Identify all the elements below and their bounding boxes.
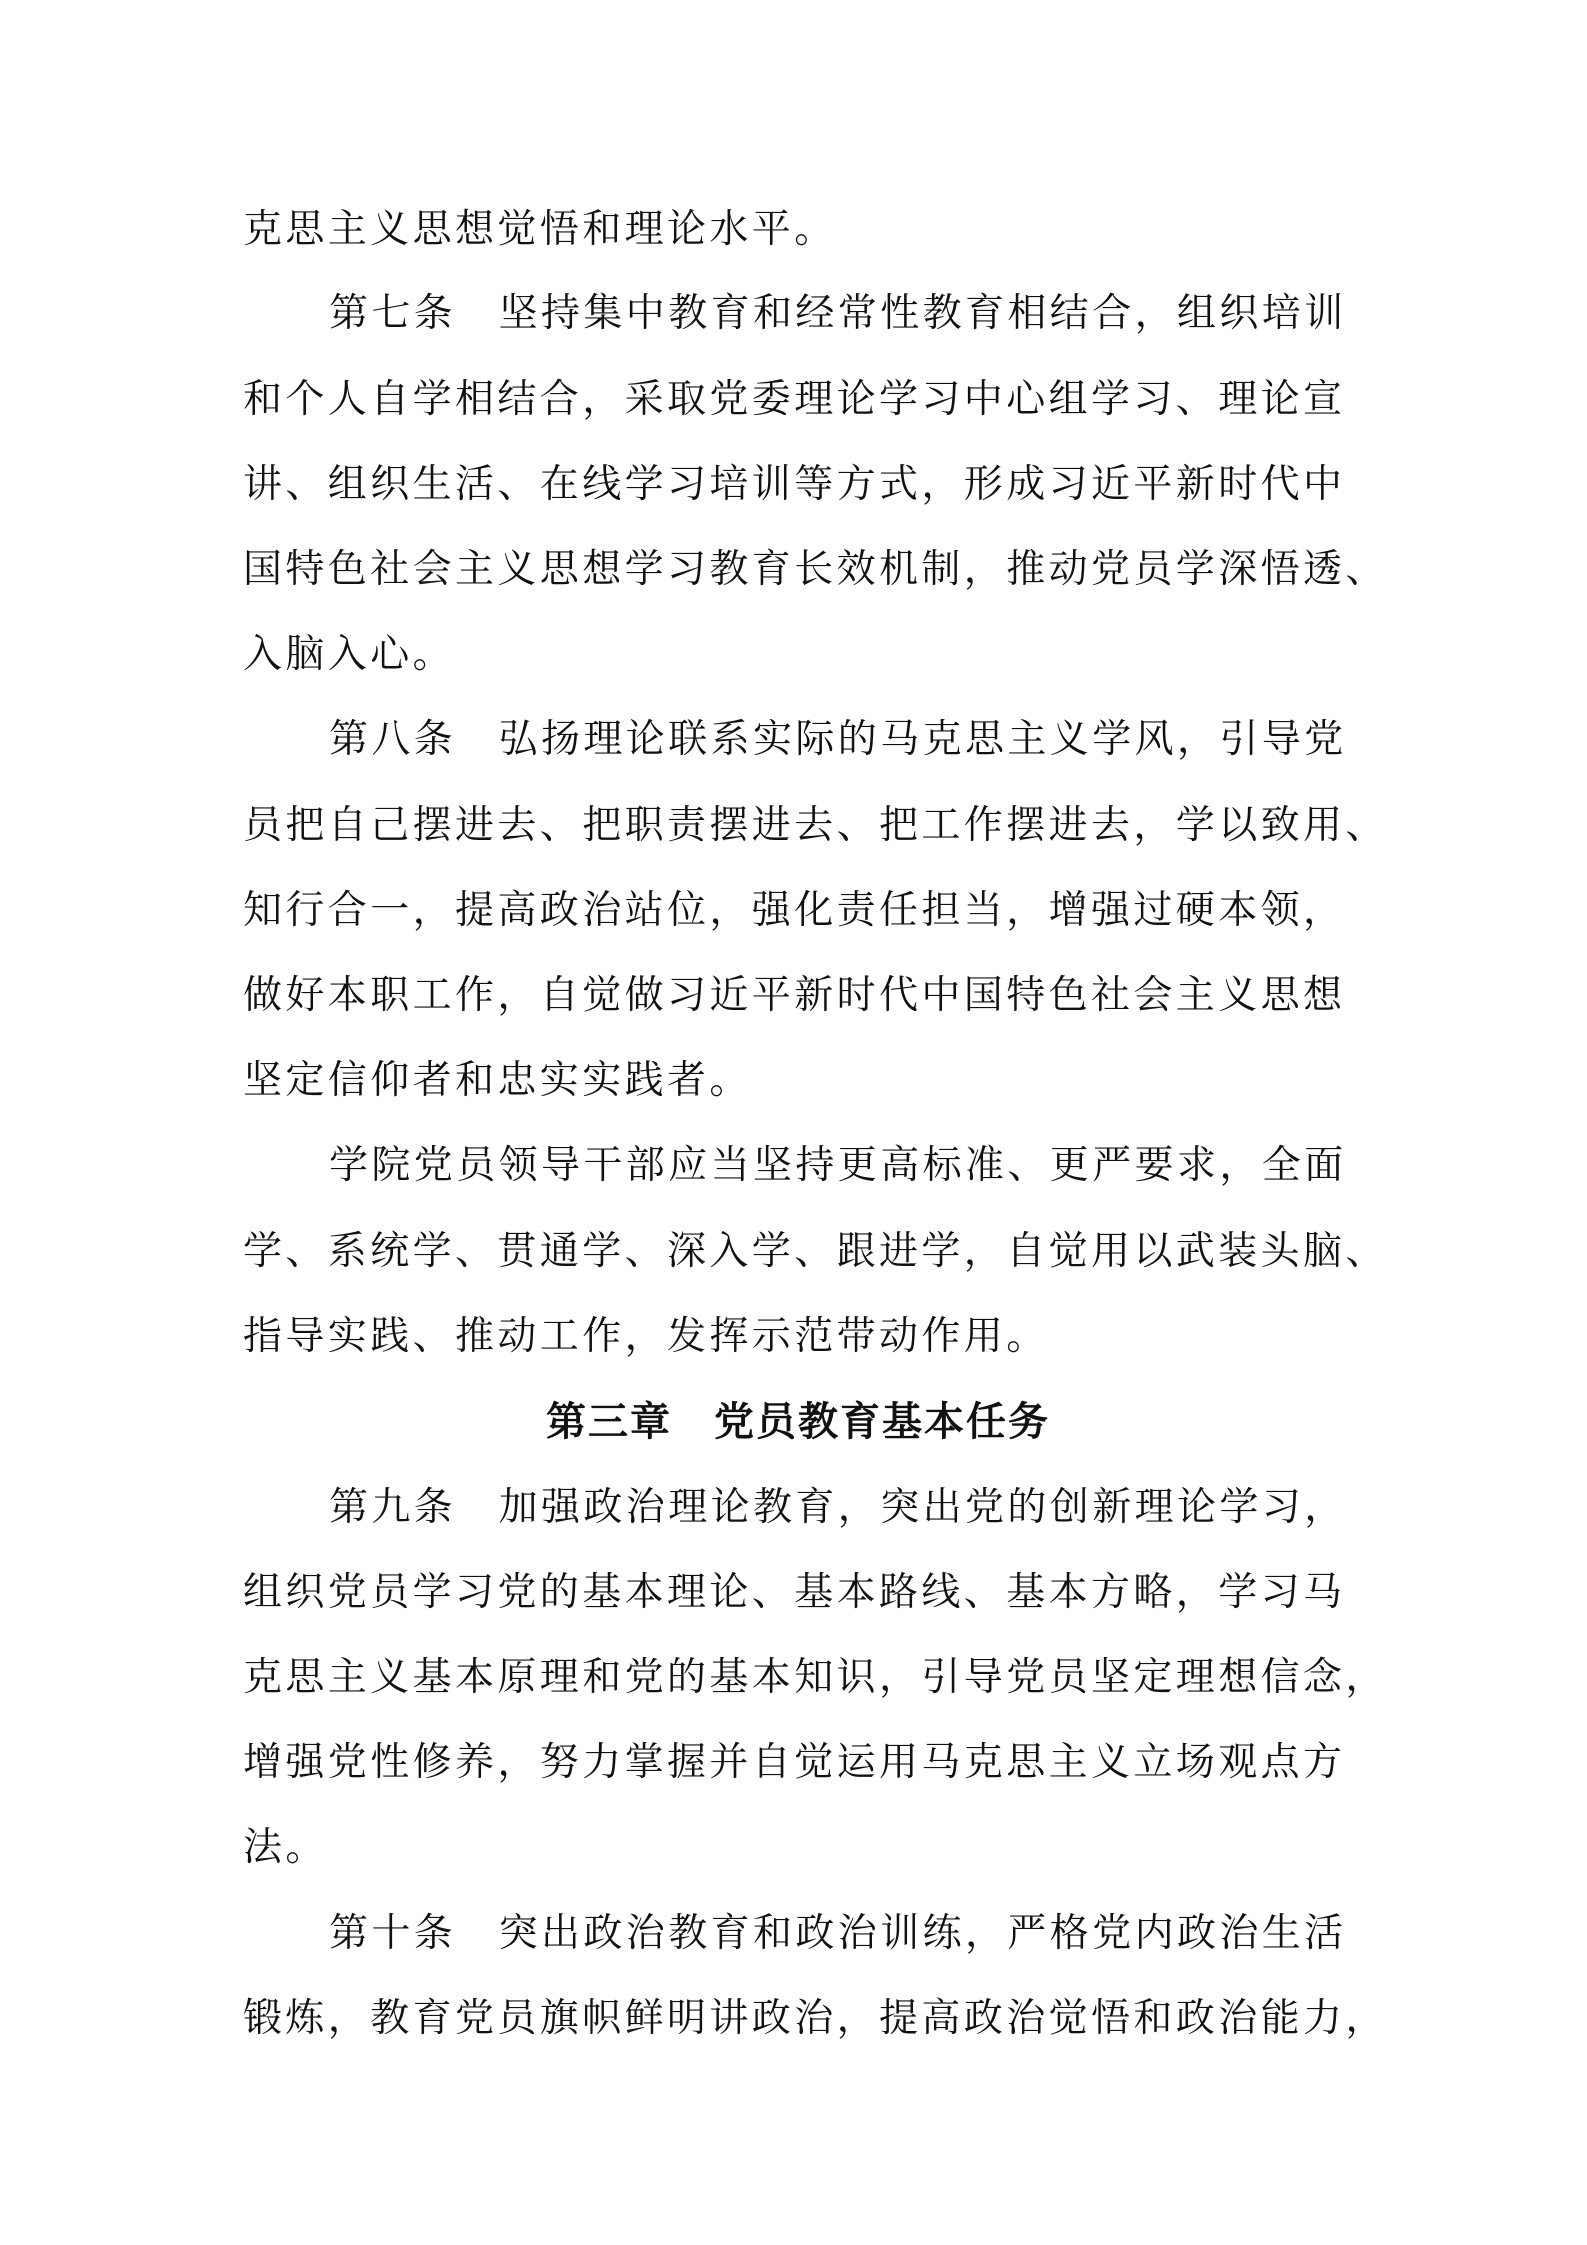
text-line: 学、系统学、贯通学、深入学、跟进学，自觉用以武装头脑、 (243, 1222, 1388, 1282)
text-line: 锻炼，教育党员旗帜鲜明讲政治，提高政治觉悟和政治能力， (243, 1989, 1388, 2049)
text-line: 入脑入心。 (243, 625, 455, 685)
text-line: 和个人自学相结合，采取党委理论学习中心组学习、理论宣 (243, 370, 1345, 430)
text-line: 法。 (243, 1818, 328, 1878)
text-line: 员把自己摆进去、把职责摆进去、把工作摆进去，学以致用、 (243, 796, 1388, 856)
article-8-start: 第八条 弘扬理论联系实际的马克思主义学风，引导党 (243, 710, 1347, 770)
chapter-heading: 第三章 党员教育基本任务 (243, 1392, 1353, 1452)
text-line: 知行合一，提高政治站位，强化责任担当，增强过硬本领， (243, 881, 1345, 941)
text-line: 克思主义思想觉悟和理论水平。 (243, 200, 837, 260)
text-line: 国特色社会主义思想学习教育长效机制，推动党员学深悟透、 (243, 540, 1388, 600)
article-9-start: 第九条 加强政治理论教育，突出党的创新理论学习， (243, 1478, 1347, 1538)
text-line: 讲、组织生活、在线学习培训等方式，形成习近平新时代中 (243, 455, 1345, 515)
text-line: 坚定信仰者和忠实实践者。 (243, 1051, 752, 1111)
article-10-start: 第十条 突出政治教育和政治训练，严格党内政治生活 (243, 1904, 1347, 1964)
text-line: 克思主义基本原理和党的基本知识，引导党员坚定理想信念， (243, 1648, 1388, 1708)
text-line: 组织党员学习党的基本理论、基本路线、基本方略，学习马 (243, 1563, 1345, 1623)
text-line: 增强党性修养，努力掌握并自觉运用马克思主义立场观点方 (243, 1733, 1345, 1793)
text-line: 指导实践、推动工作，发挥示范带动作用。 (243, 1307, 1049, 1367)
paragraph-start: 学院党员领导干部应当坚持更高标准、更严要求，全面 (243, 1136, 1347, 1196)
article-7-start: 第七条 坚持集中教育和经常性教育相结合，组织培训 (243, 284, 1347, 344)
text-line: 做好本职工作，自觉做习近平新时代中国特色社会主义思想 (243, 966, 1345, 1026)
